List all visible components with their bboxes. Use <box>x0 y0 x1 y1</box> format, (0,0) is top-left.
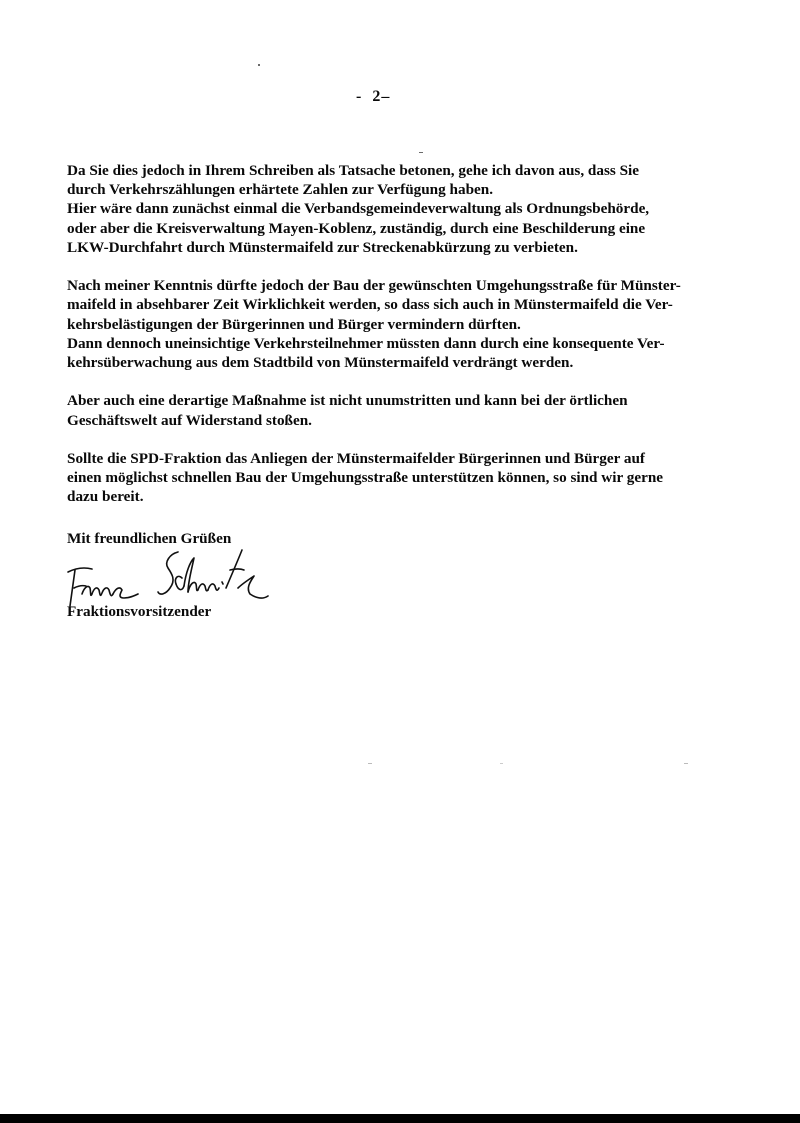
text-line: dazu bereit. <box>67 487 707 506</box>
text-line: durch Verkehrszählungen erhärtete Zahlen… <box>67 180 707 199</box>
paragraph-spd-support: Sollte die SPD-Fraktion das Anliegen der… <box>67 449 707 507</box>
handwritten-signature-icon <box>66 548 276 610</box>
scan-speck <box>419 152 423 153</box>
text-line: Geschäftswelt auf Widerstand stoßen. <box>67 411 707 430</box>
text-line: oder aber die Kreisverwaltung Mayen-Kobl… <box>67 219 707 238</box>
scan-speck <box>368 763 372 764</box>
text-line: kehrsüberwachung aus dem Stadtbild von M… <box>67 353 707 372</box>
text-line: LKW-Durchfahrt durch Münstermaifeld zur … <box>67 238 707 257</box>
text-line: kehrsbelästigungen der Bürgerinnen und B… <box>67 315 707 334</box>
scan-speck <box>258 64 260 66</box>
paragraph-measure-contested: Aber auch eine derartige Maßnahme ist ni… <box>67 391 707 429</box>
page-number: - 2– <box>356 88 390 106</box>
text-line: einen möglichst schnellen Bau der Umgehu… <box>67 468 707 487</box>
letter-body: Da Sie dies jedoch in Ihrem Schreiben al… <box>67 161 707 526</box>
scan-speck <box>500 763 503 764</box>
text-line: Dann dennoch uneinsichtige Verkehrsteiln… <box>67 334 707 353</box>
text-line: Nach meiner Kenntnis dürfte jedoch der B… <box>67 276 707 295</box>
paragraph-traffic-counts: Da Sie dies jedoch in Ihrem Schreiben al… <box>67 161 707 257</box>
scan-edge-bar <box>0 1114 800 1123</box>
text-line: maifeld in absehbarer Zeit Wirklichkeit … <box>67 295 707 314</box>
text-line: Aber auch eine derartige Maßnahme ist ni… <box>67 391 707 410</box>
text-line: Da Sie dies jedoch in Ihrem Schreiben al… <box>67 161 707 180</box>
text-line: Hier wäre dann zunächst einmal die Verba… <box>67 199 707 218</box>
text-line: Sollte die SPD-Fraktion das Anliegen der… <box>67 449 707 468</box>
signer-title: Fraktionsvorsitzender <box>67 603 211 621</box>
closing-salutation: Mit freundlichen Grüßen <box>67 530 231 548</box>
scan-speck <box>684 763 688 764</box>
paragraph-bypass-road: Nach meiner Kenntnis dürfte jedoch der B… <box>67 276 707 372</box>
